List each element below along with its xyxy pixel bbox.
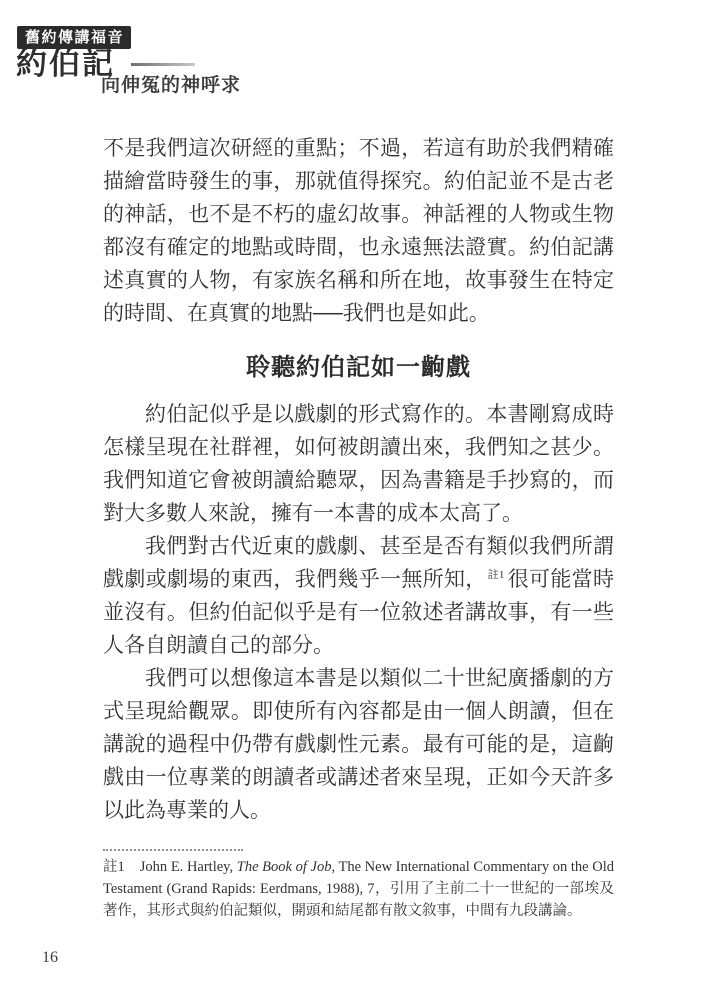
title-dash-rule [131, 63, 195, 66]
paragraph-3: 我們對古代近東的戲劇、甚至是否有類似我們所謂戲劇或劇場的東西，我們幾乎一無所知，… [103, 530, 614, 662]
section-heading: 聆聽約伯記如一齣戲 [103, 352, 614, 385]
footnote-text-before-title: John E. Hartley, [140, 859, 237, 875]
paragraph-1: 不是我們這次研經的重點；不過，若這有助於我們精確描繪當時發生的事，那就值得探究。… [103, 132, 614, 330]
footnote-text: 註1John E. Hartley, The Book of Job, The … [103, 856, 614, 922]
footnote-reference-mark: 註1 [488, 569, 505, 581]
book-subtitle: 向伸冤的神呼求 [101, 74, 241, 97]
footnote-label: 註1 [103, 859, 125, 875]
footnote-separator-rule [103, 849, 243, 851]
body-text-column: 不是我們這次研經的重點；不過，若這有助於我們精確描繪當時發生的事，那就值得探究。… [103, 132, 614, 827]
footnote-book-title: The Book of Job [237, 859, 332, 875]
footnote-block: 註1John E. Hartley, The Book of Job, The … [103, 849, 614, 922]
book-page: 舊約傳講福音 約伯記 向伸冤的神呼求 不是我們這次研經的重點；不過，若這有助於我… [0, 0, 714, 1000]
page-number: 16 [42, 948, 58, 968]
paragraph-2: 約伯記似乎是以戲劇的形式寫作的。本書剛寫成時怎樣呈現在社群裡，如何被朗讀出來，我… [103, 398, 614, 530]
paragraph-4: 我們可以想像這本書是以類似二十世紀廣播劇的方式呈現給觀眾。即使所有內容都是由一個… [103, 662, 614, 827]
